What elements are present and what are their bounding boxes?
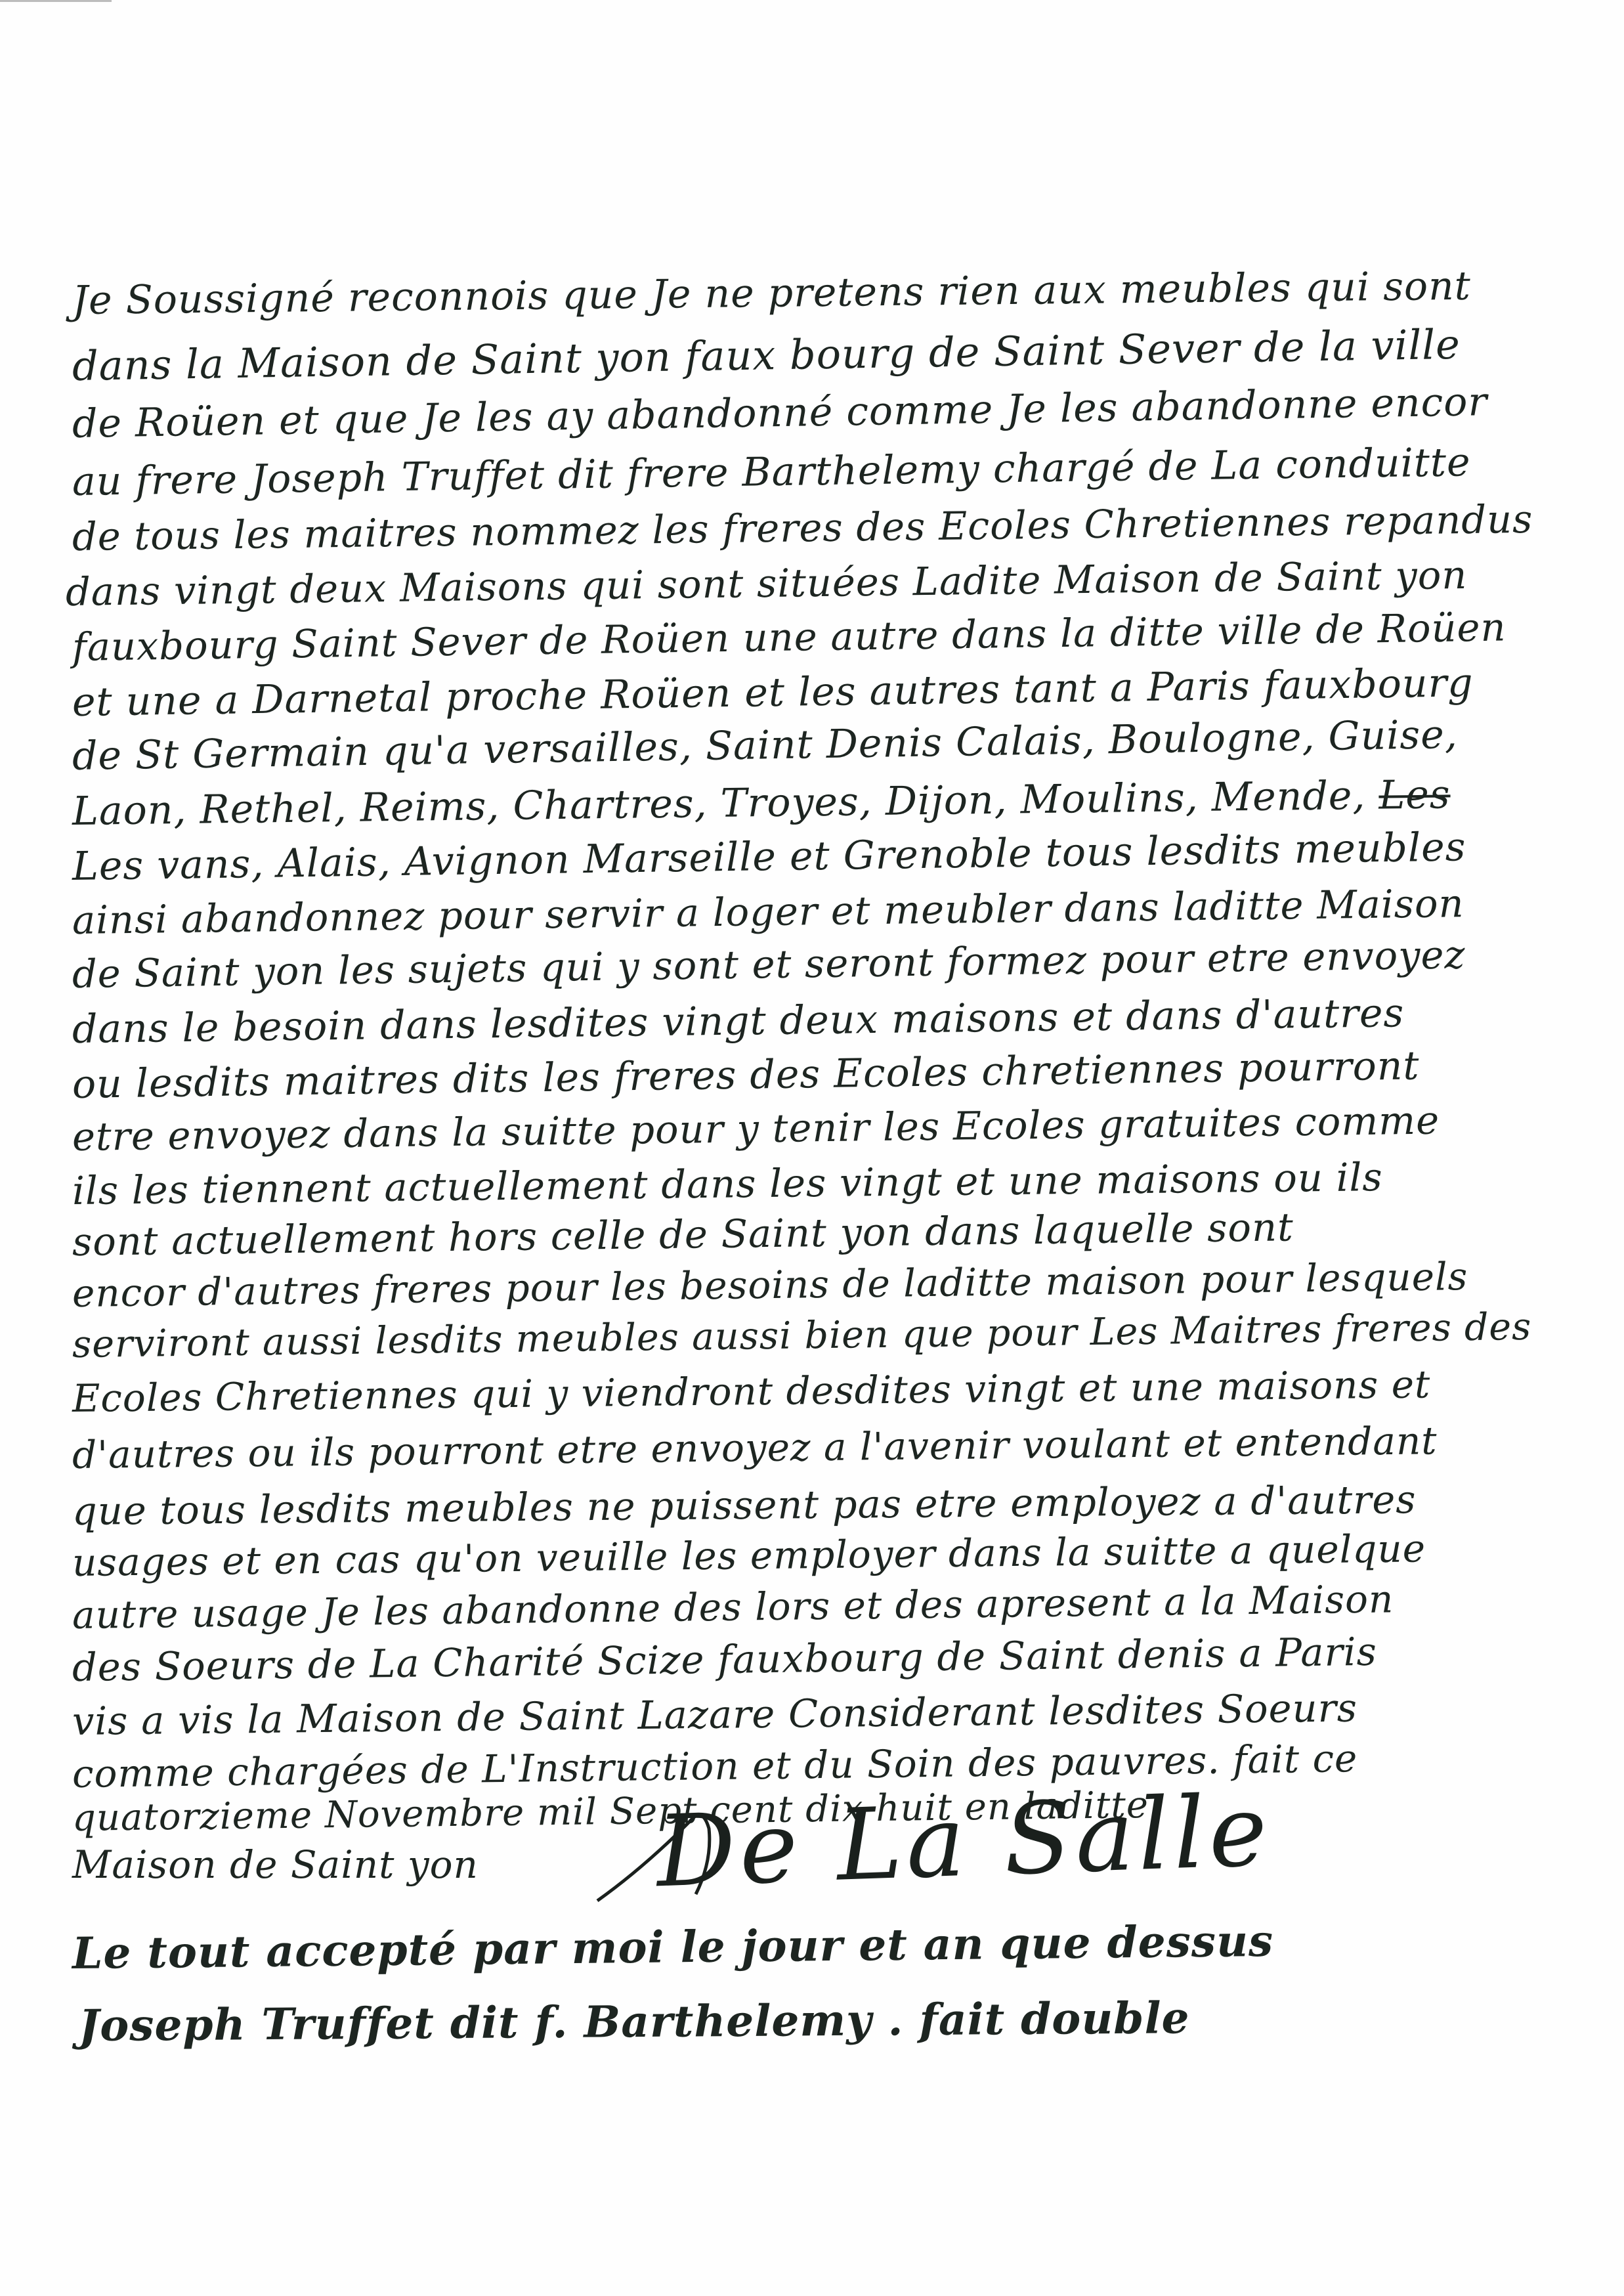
manuscript-page: Je Soussigné reconnois que Je ne pretens… xyxy=(0,0,1624,2296)
manuscript-line-30: Maison de Saint yon xyxy=(72,1838,479,1891)
signature: De La Salle xyxy=(654,1775,1273,1909)
manuscript-line-22: d'autres ou ils pourront etre envoyez a … xyxy=(72,1414,1438,1481)
manuscript-line-1: Je Soussigné reconnois que Je ne pretens… xyxy=(72,260,1472,327)
acceptance-line-2: Joseph Truffet dit f. Barthelemy . fait … xyxy=(79,1991,1190,2052)
scan-edge-artifact xyxy=(0,0,112,2)
struck-word: Les xyxy=(1378,771,1451,818)
acceptance-line-1: Le tout accepté par moi le jour et an qu… xyxy=(72,1915,1274,1980)
